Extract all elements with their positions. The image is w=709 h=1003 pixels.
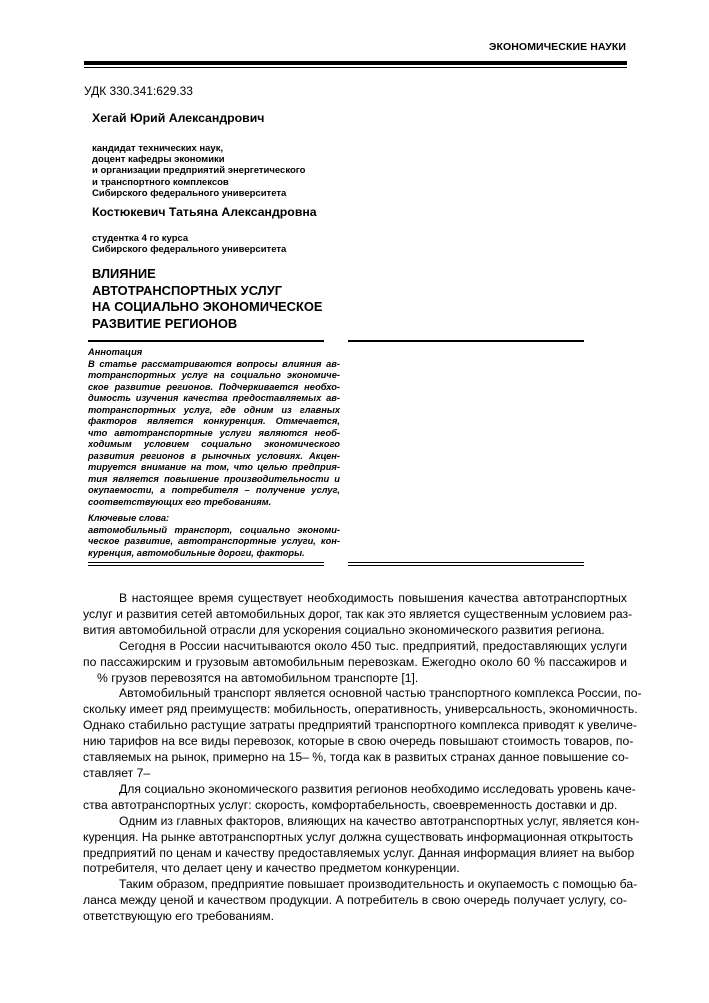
- title-line: НА СОЦИАЛЬНО ЭКОНОМИЧЕСКОЕ: [92, 299, 322, 316]
- abstract-line: ходимым условием социально экономическог…: [88, 439, 340, 451]
- body-line: Однако стабильно растущие затраты предпр…: [83, 718, 627, 734]
- abstract-line: развития регионов в рыночных условиях. А…: [88, 451, 340, 463]
- abstract-heading: Аннотация: [88, 347, 340, 359]
- body-line: Таким образом, предприятие повышает прои…: [83, 877, 627, 893]
- keywords-text: автомобильный транспорт, социально эконо…: [88, 525, 340, 560]
- body-line: ответствующую его требованиям.: [83, 909, 627, 925]
- article-title: ВЛИЯНИЕ АВТОТРАНСПОРТНЫХ УСЛУГ НА СОЦИАЛ…: [92, 266, 322, 332]
- keywords-heading: Ключевые слова:: [88, 513, 340, 525]
- body-line: нию тарифов на все виды перевозок, котор…: [83, 734, 627, 750]
- abstract-bottom-rule: [88, 565, 324, 566]
- abstract-text: В статье рассматриваются вопросы влияния…: [88, 359, 340, 509]
- author-name: Костюкевич Татьяна Александровна: [92, 205, 317, 219]
- abstract-en-top-rule: [348, 340, 584, 342]
- body-line: скольку имеет ряд преимуществ: мобильнос…: [83, 702, 627, 718]
- body-line: ставляет 7–: [83, 766, 627, 782]
- affiliation-line: студентка 4 го курса: [92, 233, 286, 244]
- abstract-line: окупаемости, а потребителя – получение у…: [88, 485, 340, 497]
- abstract-bottom-rule: [88, 562, 324, 563]
- abstract-top-rule: [88, 340, 324, 342]
- body-line: предприятий по ценам и качеству предоста…: [83, 846, 627, 862]
- abstract-line: тотранспортных услуг на социально эконом…: [88, 370, 340, 382]
- keywords: Ключевые слова: автомобильный транспорт,…: [88, 513, 340, 559]
- author-name: Хегай Юрий Александрович: [92, 111, 264, 125]
- abstract-line: факторов является конкуренция. Отмечаетс…: [88, 416, 340, 428]
- abstract-line: ское развитие регионов. Подчеркивается н…: [88, 382, 340, 394]
- abstract-line: тия является повышение производительност…: [88, 474, 340, 486]
- affiliation-line: и транспортного комплексов: [92, 177, 305, 188]
- abstract-line: В статье рассматриваются вопросы влияния…: [88, 359, 340, 371]
- header-rule-thin: [84, 67, 627, 68]
- body-line: ства автотранспортных услуг: скорость, к…: [83, 798, 627, 814]
- affiliation-line: Сибирского федерального университета: [92, 188, 305, 199]
- body-line: В настоящее время существует необходимос…: [83, 591, 627, 607]
- abstract-en-bottom-rule: [348, 565, 584, 566]
- body-line: ставляемых на рынок, примерно на 15– %, …: [83, 750, 627, 766]
- abstract-line: тируется внимание на том, что целью пред…: [88, 462, 340, 474]
- body-line: куренция. На рынке автотранспортных услу…: [83, 830, 627, 846]
- abstract-line: соответствующих его требованиям.: [88, 497, 340, 509]
- abstract-line: тотранспортных услуг, где одним из главн…: [88, 405, 340, 417]
- author-affiliation: студентка 4 го курса Сибирского федераль…: [92, 233, 286, 255]
- body-line: по пассажирским и грузовым автомобильным…: [83, 655, 627, 671]
- abstract: Аннотация В статье рассматриваются вопро…: [88, 347, 340, 508]
- keywords-line: ческое развитие, автотранспортные услуги…: [88, 536, 340, 548]
- body-line: % грузов перевозятся на автомобильном тр…: [83, 671, 627, 687]
- title-line: ВЛИЯНИЕ: [92, 266, 322, 283]
- keywords-line: автомобильный транспорт, социально эконо…: [88, 525, 340, 537]
- body-line: Сегодня в России насчитываются около 450…: [83, 639, 627, 655]
- affiliation-line: и организации предприятий энергетическог…: [92, 165, 305, 176]
- title-line: РАЗВИТИЕ РЕГИОНОВ: [92, 316, 322, 333]
- article-body: В настоящее время существует необходимос…: [83, 591, 627, 925]
- abstract-line: что автотранспортные услуги являются нео…: [88, 428, 340, 440]
- keywords-line: куренция, автомобильные дороги, факторы.: [88, 548, 340, 560]
- body-line: Одним из главных факторов, влияющих на к…: [83, 814, 627, 830]
- author-affiliation: кандидат технических наук, доцент кафедр…: [92, 143, 305, 199]
- body-line: Для социально экономического развития ре…: [83, 782, 627, 798]
- abstract-en-bottom-rule: [348, 562, 584, 563]
- affiliation-line: Сибирского федерального университета: [92, 244, 286, 255]
- udk-code: УДК 330.341:629.33: [84, 84, 193, 98]
- body-line: потребителя, что делает цену и качество …: [83, 861, 627, 877]
- body-line: ланса между ценой и качеством продукции.…: [83, 893, 627, 909]
- title-line: АВТОТРАНСПОРТНЫХ УСЛУГ: [92, 283, 322, 300]
- body-line: Автомобильный транспорт является основно…: [83, 686, 627, 702]
- abstract-line: димость изучения качества предоставляемы…: [88, 393, 340, 405]
- body-line: услуг и развития сетей автомобильных дор…: [83, 607, 627, 623]
- affiliation-line: доцент кафедры экономики: [92, 154, 305, 165]
- section-label: ЭКОНОМИЧЕСКИЕ НАУКИ: [489, 41, 626, 53]
- header-rule-thick: [84, 61, 627, 65]
- body-line: вития автомобильной отрасли для ускорени…: [83, 623, 627, 639]
- affiliation-line: кандидат технических наук,: [92, 143, 305, 154]
